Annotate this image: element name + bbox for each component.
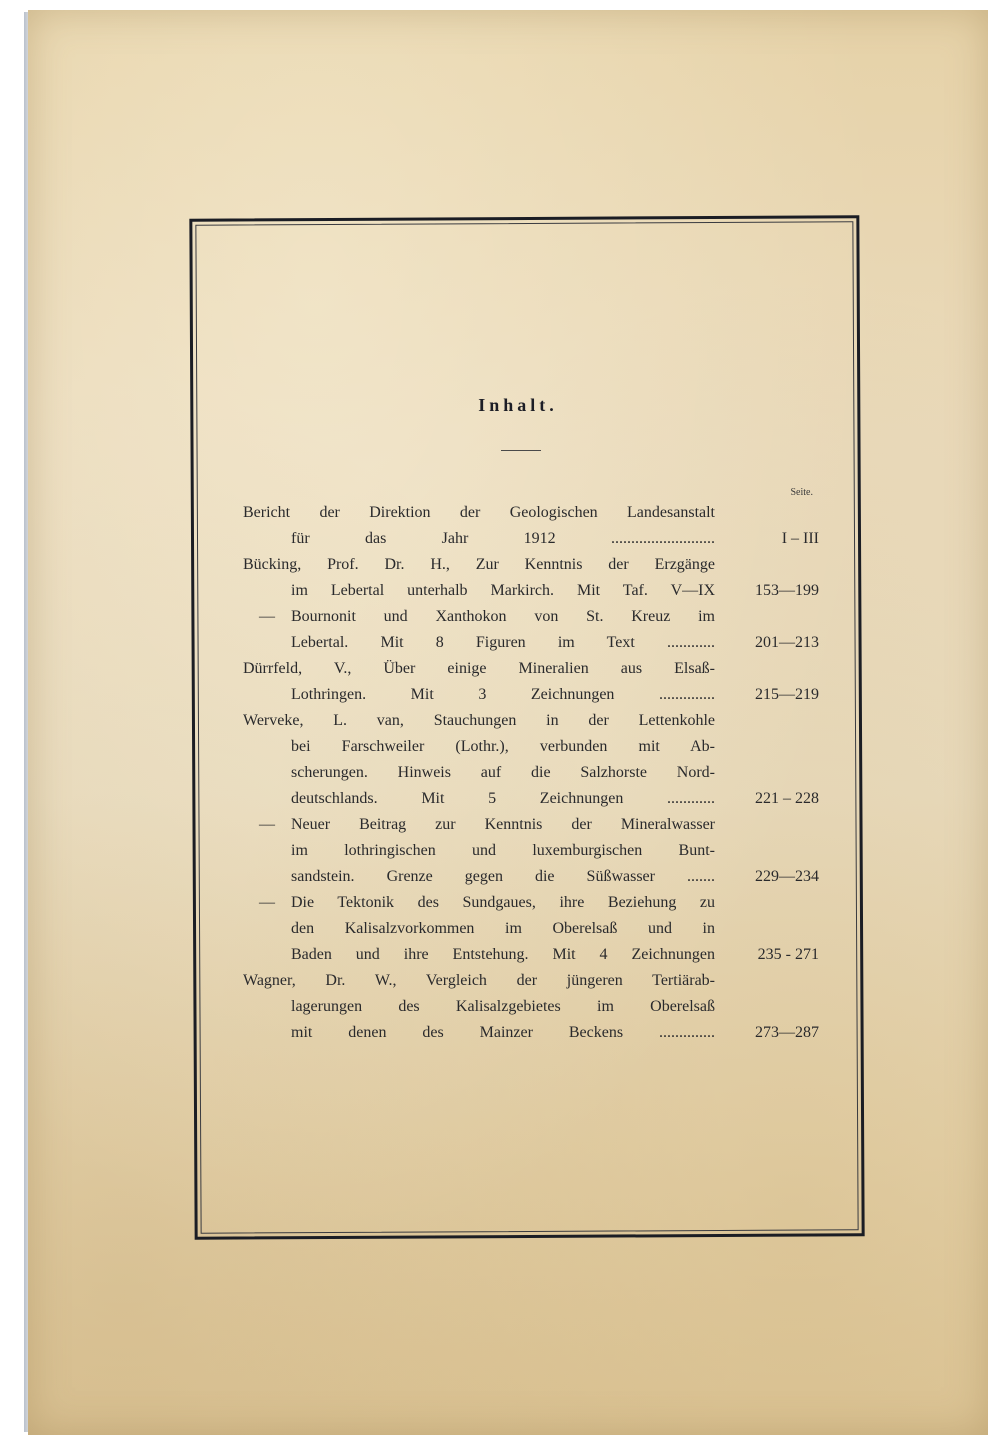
toc-line: Werveke, L. van, Stauchungen in der Lett… <box>243 708 823 734</box>
title-rule-divider <box>501 450 541 451</box>
entry-text: Bericht der Direktion der Geologischen L… <box>243 500 715 526</box>
toc-entry: Bücking, Prof. Dr. H., Zur Kenntnis der … <box>243 552 823 604</box>
entry-text: Lothringen. Mit 3 Zeichnungen ..........… <box>291 682 715 708</box>
entry-text: Dürrfeld, V., Über einige Mineralien aus… <box>243 656 715 682</box>
toc-line: im Lebertal unterhalb Markirch. Mit Taf.… <box>243 578 823 604</box>
entry-text: Bournonit und Xanthokon von St. Kreuz im <box>291 604 715 630</box>
entry-pages: 221 – 228 <box>715 786 819 812</box>
toc-line: im lothringischen und luxemburgischen Bu… <box>243 838 823 864</box>
ditto-dash: — <box>243 812 291 838</box>
ditto-dash: — <box>243 604 291 630</box>
entry-text: lagerungen des Kalisalzgebietes im Obere… <box>291 994 715 1020</box>
toc-line: bei Farschweiler (Lothr.), verbunden mit… <box>243 734 823 760</box>
entry-text: mit denen des Mainzer Beckens ..........… <box>291 1020 715 1046</box>
entry-text: im Lebertal unterhalb Markirch. Mit Taf.… <box>291 578 715 604</box>
toc-line: sandstein. Grenze gegen die Süßwasser ..… <box>243 864 823 890</box>
entry-text: deutschlands. Mit 5 Zeichnungen ........… <box>291 786 715 812</box>
toc-entry: Wagner, Dr. W., Vergleich der jüngeren T… <box>243 968 823 1046</box>
page-column-header: Seite. <box>243 487 823 498</box>
entry-pages: 273—287 <box>715 1020 819 1046</box>
toc-line: — Die Tektonik des Sundgaues, ihre Bezie… <box>243 890 823 916</box>
entry-text: bei Farschweiler (Lothr.), verbunden mit… <box>291 734 715 760</box>
toc-entry: — Neuer Beitrag zur Kenntnis der Mineral… <box>243 812 823 890</box>
entry-text: Die Tektonik des Sundgaues, ihre Beziehu… <box>291 890 715 916</box>
entry-pages: 201—213 <box>715 630 819 656</box>
toc-entry: Dürrfeld, V., Über einige Mineralien aus… <box>243 656 823 708</box>
toc-line: Lothringen. Mit 3 Zeichnungen ..........… <box>243 682 823 708</box>
entry-text: Wagner, Dr. W., Vergleich der jüngeren T… <box>243 968 715 994</box>
entry-text: Baden und ihre Entstehung. Mit 4 Zeichnu… <box>291 942 715 968</box>
toc-line: Baden und ihre Entstehung. Mit 4 Zeichnu… <box>243 942 823 968</box>
toc-entry: — Bournonit und Xanthokon von St. Kreuz … <box>243 604 823 656</box>
entry-text: Lebertal. Mit 8 Figuren im Text ........… <box>291 630 715 656</box>
table-of-contents: Inhalt. Seite. Bericht der Direktion der… <box>243 395 823 1046</box>
toc-line: Bericht der Direktion der Geologischen L… <box>243 500 823 526</box>
entry-text: Neuer Beitrag zur Kenntnis der Mineralwa… <box>291 812 715 838</box>
toc-line: scherungen. Hinweis auf die Salzhorste N… <box>243 760 823 786</box>
toc-line: Bücking, Prof. Dr. H., Zur Kenntnis der … <box>243 552 823 578</box>
toc-line: für das Jahr 1912 ......................… <box>243 526 823 552</box>
toc-line: mit denen des Mainzer Beckens ..........… <box>243 1020 823 1046</box>
toc-line: — Neuer Beitrag zur Kenntnis der Mineral… <box>243 812 823 838</box>
ditto-dash: — <box>243 890 291 916</box>
entry-text: für das Jahr 1912 ......................… <box>291 526 715 552</box>
entry-text: im lothringischen und luxemburgischen Bu… <box>291 838 715 864</box>
entry-text: sandstein. Grenze gegen die Süßwasser ..… <box>291 864 715 890</box>
entry-text: Werveke, L. van, Stauchungen in der Lett… <box>243 708 715 734</box>
entry-pages: I – III <box>715 526 819 552</box>
entry-pages: 235 - 271 <box>715 942 819 968</box>
toc-line: lagerungen des Kalisalzgebietes im Obere… <box>243 994 823 1020</box>
toc-line: Wagner, Dr. W., Vergleich der jüngeren T… <box>243 968 823 994</box>
toc-entry: — Die Tektonik des Sundgaues, ihre Bezie… <box>243 890 823 968</box>
toc-entry: Werveke, L. van, Stauchungen in der Lett… <box>243 708 823 812</box>
entry-text: Bücking, Prof. Dr. H., Zur Kenntnis der … <box>243 552 715 578</box>
entry-pages: 153—199 <box>715 578 819 604</box>
toc-line: Dürrfeld, V., Über einige Mineralien aus… <box>243 656 823 682</box>
toc-line: Lebertal. Mit 8 Figuren im Text ........… <box>243 630 823 656</box>
toc-entries: Bericht der Direktion der Geologischen L… <box>243 500 823 1046</box>
entry-text: den Kalisalzvorkommen im Oberelsaß und i… <box>291 916 715 942</box>
entry-pages: 215—219 <box>715 682 819 708</box>
toc-title: Inhalt. <box>213 395 823 416</box>
toc-line: deutschlands. Mit 5 Zeichnungen ........… <box>243 786 823 812</box>
toc-entry: Bericht der Direktion der Geologischen L… <box>243 500 823 552</box>
toc-line: den Kalisalzvorkommen im Oberelsaß und i… <box>243 916 823 942</box>
toc-line: — Bournonit und Xanthokon von St. Kreuz … <box>243 604 823 630</box>
entry-pages: 229—234 <box>715 864 819 890</box>
entry-text: scherungen. Hinweis auf die Salzhorste N… <box>291 760 715 786</box>
